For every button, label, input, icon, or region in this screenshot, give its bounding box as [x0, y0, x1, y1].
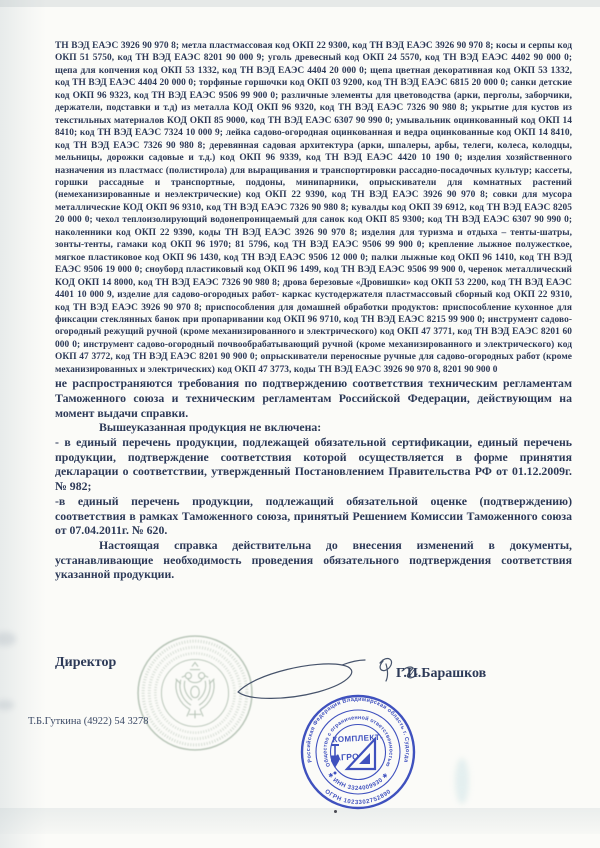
scan-smudge: [455, 758, 469, 804]
document-body: ТН ВЭД ЕАЭС 3926 90 970 8; метла пластма…: [55, 40, 572, 582]
not-included-intro: Вышеуказанная продукция не включена:: [55, 420, 572, 435]
validity-paragraph: Настоящая справка действительна до внесе…: [55, 538, 572, 582]
list-item-certification: - в единый перечень продукции, подлежаще…: [55, 435, 572, 494]
executor-contact: Т.Б.Гуткина (4922) 54 3278: [28, 716, 149, 727]
scan-bottom-band: [0, 808, 600, 834]
double-eagle-icon: [176, 662, 215, 718]
shovel-icon: [331, 745, 339, 774]
requirements-paragraph: не распространяются требования по подтве…: [55, 376, 572, 420]
list-item-customs-union: -в единый перечень продукции, подлежащий…: [55, 494, 572, 538]
svg-text:✱ ИНН 3324009930 ✱: ✱ ИНН 3324009930 ✱: [326, 772, 390, 793]
director-name: Г.И.Барашков: [396, 666, 486, 682]
director-label: Директор: [55, 655, 116, 671]
company-seal: Российская Федерация Владимирская област…: [299, 693, 417, 811]
seal-inner-ring-bottom-text: ✱ ИНН 3324009930 ✱: [326, 772, 390, 793]
codes-paragraph: ТН ВЭД ЕАЭС 3926 90 970 8; метла пластма…: [55, 40, 572, 376]
scan-top-band: [0, 0, 600, 7]
document-page: ТН ВЭД ЕАЭС 3926 90 970 8; метла пластма…: [0, 0, 600, 848]
